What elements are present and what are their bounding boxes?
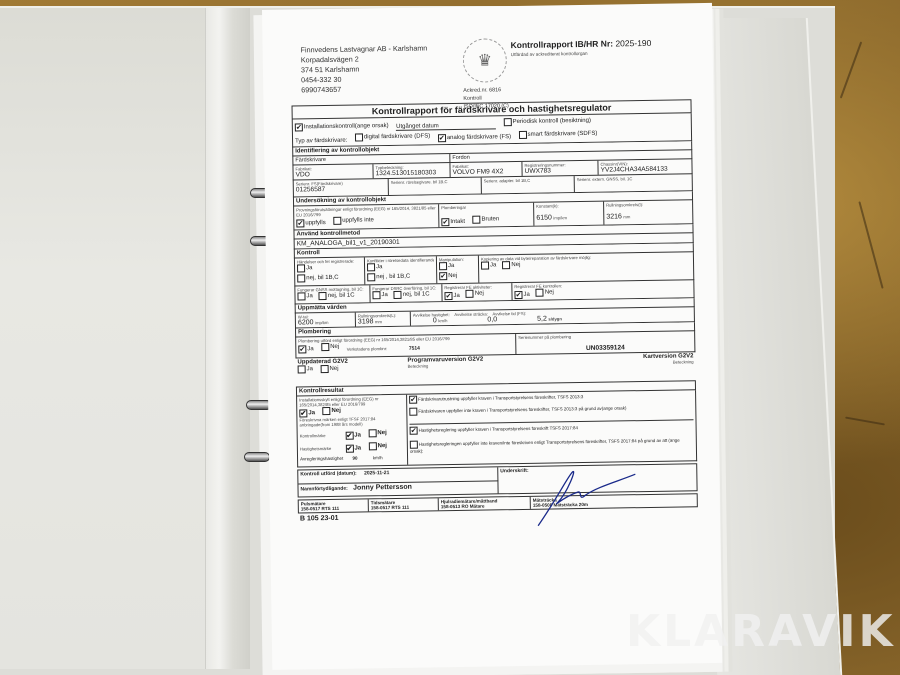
control-mark-yes[interactable]: ✔Ja bbox=[345, 431, 361, 439]
report-subtitle: Utfärdad av ackrediterat kontrollorgan bbox=[511, 51, 588, 57]
fulfilled-checkbox[interactable]: ✔uppfylls bbox=[296, 219, 325, 227]
smart-recorder-checkbox[interactable]: smart färdskrivare (SDFS) bbox=[519, 130, 598, 139]
installation-reason: Utgånget datum bbox=[396, 122, 496, 131]
not-fulfilled-checkbox[interactable]: uppfylls inte bbox=[333, 216, 374, 225]
recorder-type: 1324.513015180303 bbox=[376, 169, 448, 177]
intact-checkbox[interactable]: ✔Intakt bbox=[441, 218, 465, 226]
periodic-checkbox[interactable]: Periodisk kontroll (besiktning) bbox=[504, 117, 591, 126]
control-item: Registrerar FE kontrollen:✔JaNej bbox=[512, 280, 693, 300]
control-option-checkbox[interactable]: ✔Ja bbox=[444, 292, 459, 300]
control-option-checkbox[interactable]: Ja bbox=[439, 262, 454, 270]
distance-deviation: 0,0 bbox=[487, 316, 497, 323]
control-item: Kopiering av data vid byte/reparation av… bbox=[479, 252, 693, 282]
control-option-checkbox[interactable]: Nej bbox=[466, 290, 484, 298]
control-option-checkbox[interactable]: nej, bil 1B,C bbox=[297, 274, 338, 283]
binder-ring[interactable] bbox=[244, 452, 270, 462]
recorder-serial: 01256587 bbox=[296, 185, 386, 193]
control-option-checkbox[interactable]: ✔Nej bbox=[439, 272, 457, 280]
statement-2[interactable]: Färdskrivaren uppfyller inte kraven i Tr… bbox=[409, 403, 693, 415]
company-address: Finnvedens Lastvagnar AB - Karlshamn Kor… bbox=[301, 43, 428, 95]
control-mark-no[interactable]: Nej bbox=[368, 429, 386, 437]
control-item: Fungerar DSRC överföring, bil 1C:Janej, … bbox=[370, 284, 442, 302]
swedac-seal-icon: ♛ bbox=[462, 38, 507, 83]
binder-cover-left bbox=[0, 8, 205, 669]
workshop-seal-number: 7514 bbox=[409, 346, 420, 352]
control-item: Konflikter i rörelsedata identifierande:… bbox=[365, 256, 437, 284]
inspector-name: Jonny Pettersson bbox=[353, 484, 412, 492]
constant-k: 6150 bbox=[536, 214, 552, 221]
result-row: Installationsskylt enligt förordning (EE… bbox=[296, 390, 697, 467]
report-title: Kontrollrapport IB/HR Nr: 2025-190 bbox=[511, 38, 652, 50]
control-option-checkbox[interactable]: ✔Ja bbox=[514, 291, 529, 299]
g2v2-yes-checkbox[interactable]: Ja bbox=[298, 365, 313, 373]
control-option-checkbox[interactable]: Nej bbox=[502, 261, 520, 269]
control-option-checkbox[interactable]: nej, bil 1C bbox=[394, 290, 430, 299]
speed-mark-yes[interactable]: ✔Ja bbox=[345, 444, 361, 452]
registration-number: UWX783 bbox=[525, 167, 596, 175]
plate-yes-checkbox[interactable]: ✔Ja bbox=[299, 409, 315, 417]
control-option-checkbox[interactable]: Ja bbox=[372, 291, 387, 299]
control-item: Registrerar FE aktiviteter:✔JaNej bbox=[442, 283, 512, 301]
speed-mark-no[interactable]: Nej bbox=[369, 442, 387, 450]
klaravik-watermark: KLARAVIK bbox=[626, 606, 896, 657]
digital-recorder-checkbox[interactable]: digital färdskrivare (DFS) bbox=[355, 132, 430, 141]
desk-texture bbox=[858, 201, 883, 288]
installation-checkbox[interactable]: ✔Installationskontroll(ange orsak) bbox=[295, 122, 389, 131]
control-option-checkbox[interactable]: nej, bil 1C bbox=[319, 292, 355, 301]
time-meter: 158-0517 RTS 111 bbox=[371, 505, 409, 511]
vehicle-make: VOLVO FM9 4X2 bbox=[453, 168, 520, 176]
statement-1[interactable]: ✔Färdskrivarutrustning uppfyller kraven … bbox=[409, 391, 693, 403]
time-deviation: 5,2 bbox=[537, 316, 547, 323]
desk-texture bbox=[840, 41, 862, 98]
control-option-checkbox[interactable]: Ja bbox=[297, 264, 312, 272]
inspection-report-page: Finnvedens Lastvagnar AB - Karlshamn Kor… bbox=[262, 3, 722, 670]
control-date: 2025-11-21 bbox=[364, 470, 389, 476]
statement-3[interactable]: ✔Hastighetsreglering uppfyller kraven i … bbox=[410, 419, 694, 434]
sealing-yes-checkbox[interactable]: ✔Ja bbox=[298, 345, 313, 353]
desk-texture bbox=[845, 417, 885, 426]
signature-scribble bbox=[527, 466, 638, 528]
sealing-no-checkbox[interactable]: Nej bbox=[321, 343, 339, 351]
analog-recorder-checkbox[interactable]: ✔analog färdskrivare (FS) bbox=[438, 133, 511, 142]
broken-checkbox[interactable]: Bruten bbox=[472, 215, 499, 223]
measured-circumference: 3198 bbox=[358, 318, 374, 325]
wheel-meter: 158-0513 RO Mätare bbox=[441, 504, 485, 510]
inspection-form: Kontrollrapport för färdskrivare och has… bbox=[292, 99, 699, 524]
control-option-checkbox[interactable]: Ja bbox=[367, 263, 382, 271]
binder-spine bbox=[205, 8, 250, 669]
control-option-checkbox[interactable]: nej , bil 1B,C bbox=[367, 273, 410, 282]
report-number: 2025-190 bbox=[615, 38, 651, 49]
speed-deviation: 0 bbox=[433, 317, 437, 324]
g2v2-no-checkbox[interactable]: Nej bbox=[320, 365, 338, 373]
control-item: Händelser och fel registrerade:Janej, bi… bbox=[295, 257, 365, 285]
control-option-checkbox[interactable]: Ja bbox=[481, 261, 496, 269]
control-item: Fungerar GNSS mottagning, bil 1C:Janej, … bbox=[295, 285, 370, 303]
plate-no-checkbox[interactable]: Nej bbox=[322, 407, 340, 415]
pulse-meter: 158-0517 RTS 111 bbox=[301, 506, 339, 512]
seal-serial-number: UN03359124 bbox=[586, 344, 625, 352]
w-value: 6200 bbox=[298, 319, 314, 326]
circumference-l: 3216 bbox=[606, 213, 622, 220]
control-option-checkbox[interactable]: Ja bbox=[297, 292, 312, 300]
recorder-make: VDO bbox=[296, 170, 371, 178]
control-option-checkbox[interactable]: Nej bbox=[536, 288, 554, 296]
control-item: Manipulation:Ja✔Nej bbox=[437, 256, 479, 284]
vin: YV2J4CHA34A584133 bbox=[601, 165, 690, 173]
speed-limit-value: 90 bbox=[352, 456, 357, 461]
